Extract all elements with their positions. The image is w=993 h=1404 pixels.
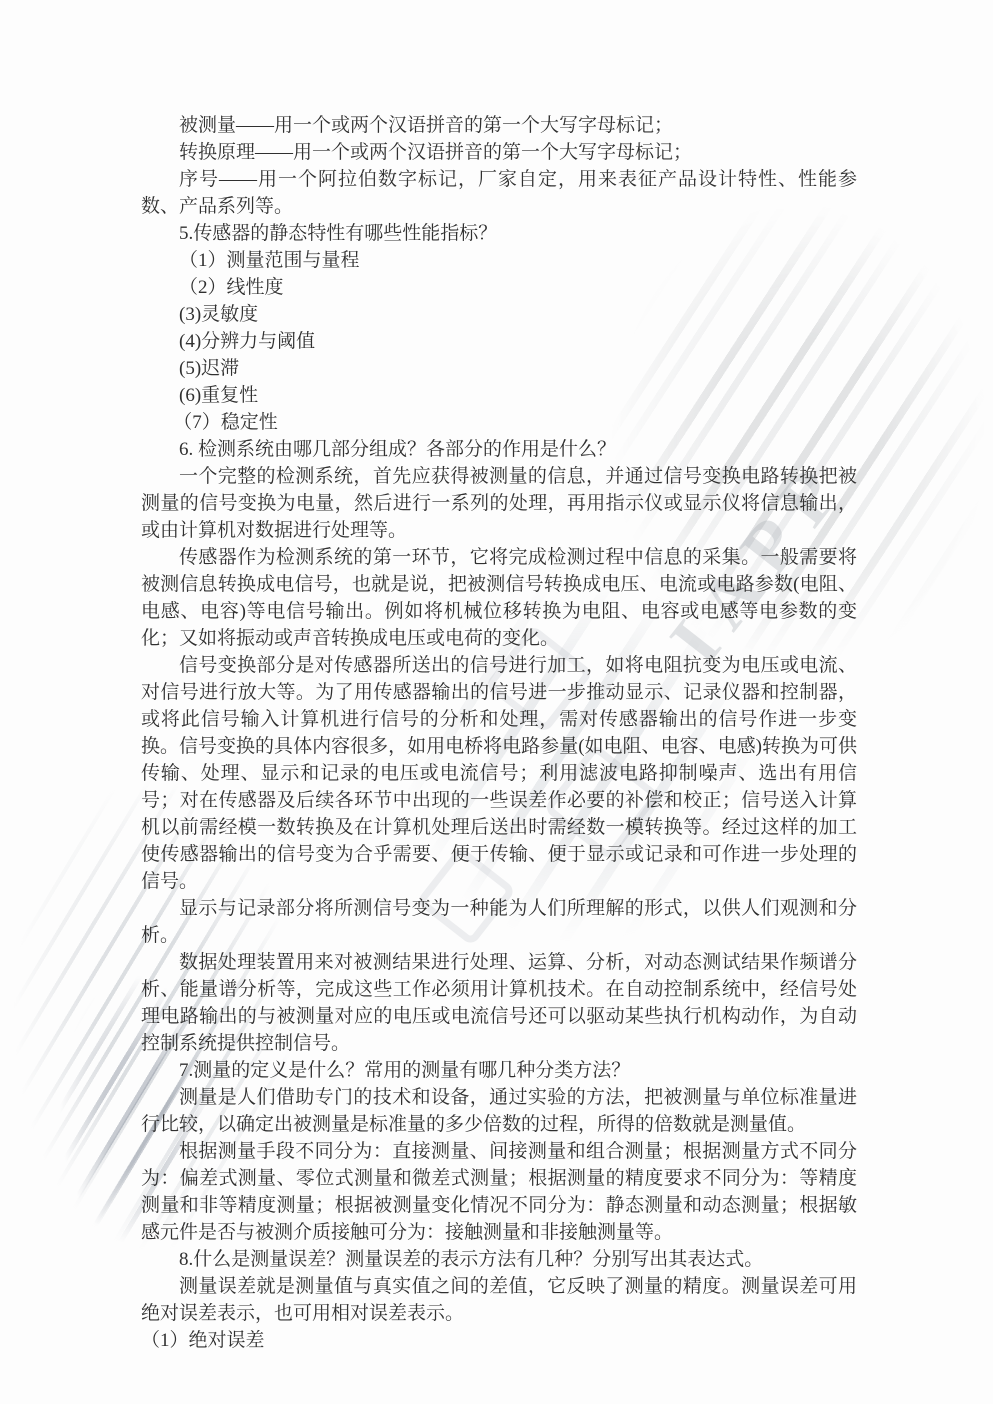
answer-paragraph-measurement-definition: 测量是人们借助专门的技术和设备，通过实验的方法，把被测量与单位标准量进行比较，以… — [141, 1084, 857, 1138]
sub-item-absolute-error: （1）绝对误差 — [141, 1327, 857, 1354]
definition-line-serial-number: 序号——用一个阿拉伯数字标记，厂家自定，用来表征产品设计特性、性能参数、产品系列… — [141, 166, 857, 220]
answer-paragraph-measurement-classification: 根据测量手段不同分为：直接测量、间接测量和组合测量；根据测量方式不同分为：偏差式… — [141, 1138, 857, 1246]
answer-paragraph-data-processing: 数据处理装置用来对被测结果进行处理、运算、分析，对动态测试结果作频谱分析、能量谱… — [141, 949, 857, 1057]
answer-paragraph-display-record: 显示与记录部分将所测信号变为一种能为人们所理解的形式，以供人们观测和分析。 — [141, 895, 857, 949]
list-item-6-repeatability: (6)重复性 — [141, 382, 857, 409]
list-item-2-linearity: （2）线性度 — [141, 274, 857, 301]
list-item-3-sensitivity: (3)灵敏度 — [141, 301, 857, 328]
document-body: 被测量——用一个或两个汉语拼音的第一个大写字母标记； 转换原理——用一个或两个汉… — [141, 112, 857, 1354]
definition-line-principle: 转换原理——用一个或两个汉语拼音的第一个大写字母标记； — [141, 139, 857, 166]
list-item-4-resolution: (4)分辨力与阈值 — [141, 328, 857, 355]
document-page: IAPP 被测量——用一个或两个汉语拼音的第一个大写字母标记； 转换原理——用一… — [0, 0, 993, 1404]
answer-paragraph-measurement-error: 测量误差就是测量值与真实值之间的差值，它反映了测量的精度。测量误差可用绝对误差表… — [141, 1273, 857, 1327]
list-item-1-range: （1）测量范围与量程 — [141, 247, 857, 274]
question-7-heading: 7.测量的定义是什么？常用的测量有哪几种分类方法？ — [141, 1057, 857, 1084]
list-item-5-hysteresis: (5)迟滞 — [141, 355, 857, 382]
question-5-heading: 5.传感器的静态特性有哪些性能指标？ — [141, 220, 857, 247]
answer-paragraph-signal-conversion: 信号变换部分是对传感器所送出的信号进行加工，如将电阻抗变为电压或电流、对信号进行… — [141, 652, 857, 895]
question-8-heading: 8.什么是测量误差？测量误差的表示方法有几种？分别写出其表达式。 — [141, 1246, 857, 1273]
answer-paragraph-sensor-role: 传感器作为检测系统的第一环节，它将完成检测过程中信息的采集。一般需要将被测信息转… — [141, 544, 857, 652]
question-6-heading: 6. 检测系统由哪几部分组成？各部分的作用是什么？ — [141, 436, 857, 463]
answer-paragraph-system-overview: 一个完整的检测系统，首先应获得被测量的信息，并通过信号变换电路转换把被测量的信号… — [141, 463, 857, 544]
definition-line-measurand: 被测量——用一个或两个汉语拼音的第一个大写字母标记； — [141, 112, 857, 139]
list-item-7-stability: （7）稳定性 — [141, 409, 857, 436]
